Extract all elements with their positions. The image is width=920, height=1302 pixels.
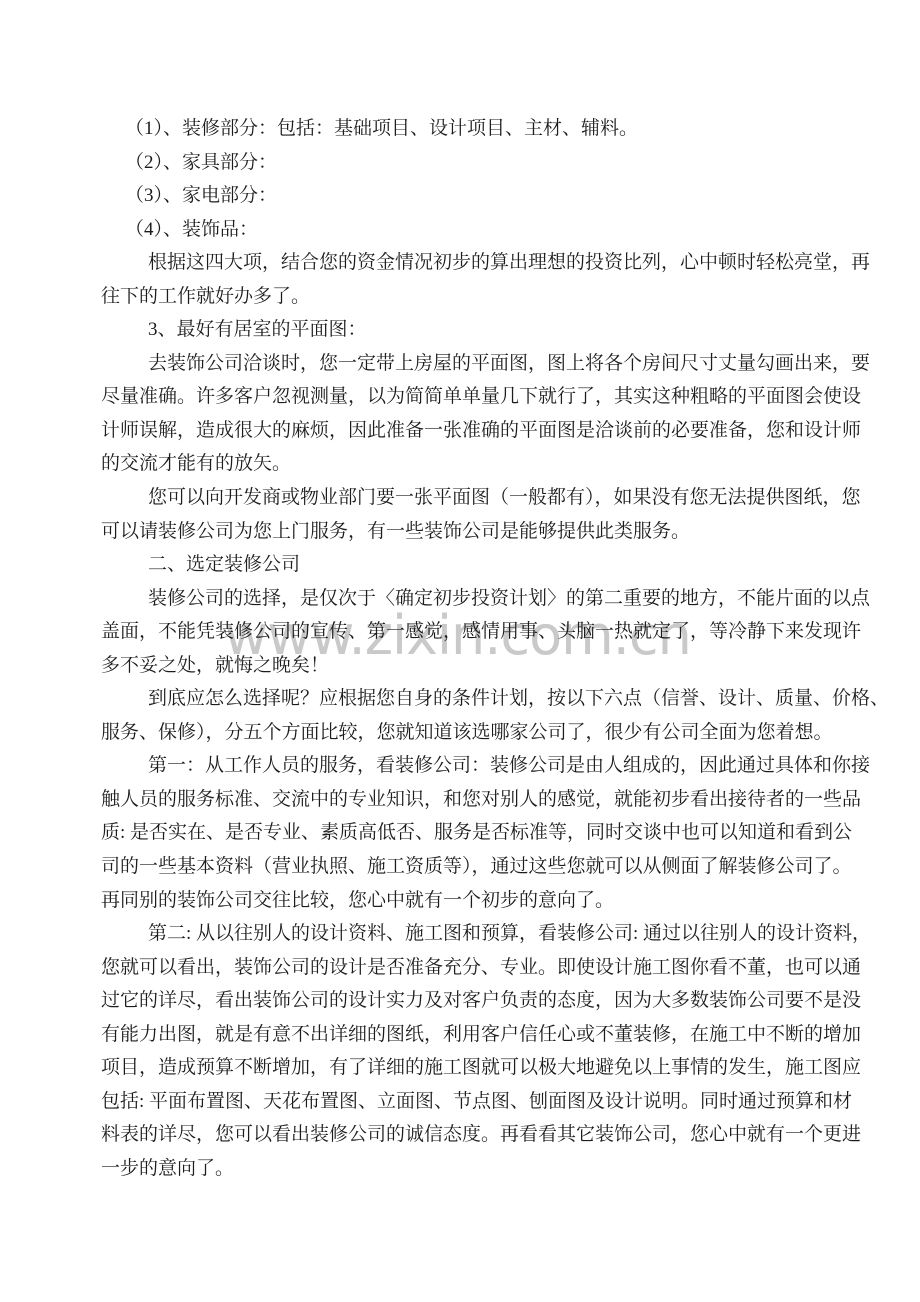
text-line: （1）、装修部分：包括：基础项目、设计项目、主材、辅料。 xyxy=(101,112,817,146)
text-line: 往下的工作就好办多了。 xyxy=(101,280,817,314)
paragraph: 二、选定装修公司 xyxy=(101,548,817,582)
text-line: 质: 是否实在、是否专业、素质高低否、服务是否标准等，同时交谈中也可以知道和看到… xyxy=(101,816,817,850)
text-line: 有能力出图，就是有意不出详细的图纸，利用客户信任心或不董装修，在施工中不断的增加 xyxy=(101,1018,817,1052)
text-line: 计师误解，造成很大的麻烦，因此准备一张准确的平面图是洽谈前的必要准备，您和设计师 xyxy=(101,414,817,448)
text-line: （3）、家电部分： xyxy=(101,179,817,213)
text-line: 再同别的装饰公司交往比较，您心中就有一个初步的意向了。 xyxy=(101,884,817,918)
text-line: 尽量准确。许多客户忽视测量，以为简简单单量几下就行了，其实这种粗略的平面图会使设 xyxy=(101,380,817,414)
text-line: 盖面，不能凭装修公司的宣传、第一感觉，感情用事、头脑一热就定了，等冷静下来发现许 xyxy=(101,615,817,649)
text-line: 根据这四大项，结合您的资金情况初步的算出理想的投资比列，心中顿时轻松亮堂，再 xyxy=(101,246,817,280)
paragraph: 去装饰公司洽谈时，您一定带上房屋的平面图，图上将各个房间尺寸丈量勾画出来，要尽量… xyxy=(101,347,817,481)
text-line: 项目，造成预算不断增加，有了详细的施工图就可以极大地避免以上事情的发生，施工图应 xyxy=(101,1051,817,1085)
text-line: 服务、保修），分五个方面比较，您就知道该选哪家公司了，很少有公司全面为您着想。 xyxy=(101,716,817,750)
text-line: 第二: 从以往别人的设计资料、施工图和预算，看装修公司: 通过以往别人的设计资料… xyxy=(101,917,817,951)
text-line: 3、最好有居室的平面图： xyxy=(101,313,817,347)
text-line: 装修公司的选择，是仅次于〈确定初步投资计划〉的第二重要的地方，不能片面的以点 xyxy=(101,582,817,616)
paragraph: 装修公司的选择，是仅次于〈确定初步投资计划〉的第二重要的地方，不能片面的以点盖面… xyxy=(101,582,817,683)
text-line: 触人员的服务标准、交流中的专业知识，和您对别人的感觉，就能初步看出接待者的一些品 xyxy=(101,783,817,817)
document-body: （1）、装修部分：包括：基础项目、设计项目、主材、辅料。（2）、家具部分：（3）… xyxy=(101,112,817,1186)
paragraph: （3）、家电部分： xyxy=(101,179,817,213)
paragraph: 根据这四大项，结合您的资金情况初步的算出理想的投资比列，心中顿时轻松亮堂，再往下… xyxy=(101,246,817,313)
text-line: 可以请装修公司为您上门服务，有一些装饰公司是能够提供此类服务。 xyxy=(101,515,817,549)
paragraph: （4）、装饰品： xyxy=(101,213,817,247)
paragraph: 3、最好有居室的平面图： xyxy=(101,313,817,347)
paragraph: （2）、家具部分： xyxy=(101,146,817,180)
text-line: 包括: 平面布置图、天花布置图、立面图、节点图、刨面图及设计说明。同时通过预算和… xyxy=(101,1085,817,1119)
text-line: （4）、装饰品： xyxy=(101,213,817,247)
text-line: 到底应怎么选择呢？应根据您自身的条件计划，按以下六点（信誉、设计、质量、价格、 xyxy=(101,682,817,716)
text-line: 一步的意向了。 xyxy=(101,1152,817,1186)
document-page: www.zixin.com.cn （1）、装修部分：包括：基础项目、设计项目、主… xyxy=(0,0,920,1302)
text-line: 第一：从工作人员的服务，看装修公司：装修公司是由人组成的，因此通过具体和你接 xyxy=(101,749,817,783)
paragraph: 您可以向开发商或物业部门要一张平面图（一般都有），如果没有您无法提供图纸，您可以… xyxy=(101,481,817,548)
paragraph: 第二: 从以往别人的设计资料、施工图和预算，看装修公司: 通过以往别人的设计资料… xyxy=(101,917,817,1185)
text-line: 过它的详尽，看出装饰公司的设计实力及对客户负责的态度，因为大多数装饰公司要不是没 xyxy=(101,984,817,1018)
text-line: 多不妥之处，就悔之晚矣！ xyxy=(101,649,817,683)
text-line: 二、选定装修公司 xyxy=(101,548,817,582)
text-line: 您可以向开发商或物业部门要一张平面图（一般都有），如果没有您无法提供图纸，您 xyxy=(101,481,817,515)
text-line: 的交流才能有的放矢。 xyxy=(101,447,817,481)
paragraph: 到底应怎么选择呢？应根据您自身的条件计划，按以下六点（信誉、设计、质量、价格、服… xyxy=(101,682,817,749)
text-line: 去装饰公司洽谈时，您一定带上房屋的平面图，图上将各个房间尺寸丈量勾画出来，要 xyxy=(101,347,817,381)
text-line: 司的一些基本资料（营业执照、施工资质等），通过这些您就可以从侧面了解装修公司了。 xyxy=(101,850,817,884)
paragraph: （1）、装修部分：包括：基础项目、设计项目、主材、辅料。 xyxy=(101,112,817,146)
paragraph: 第一：从工作人员的服务，看装修公司：装修公司是由人组成的，因此通过具体和你接触人… xyxy=(101,749,817,917)
text-line: 您就可以看出，装饰公司的设计是否准备充分、专业。即使设计施工图你看不董，也可以通 xyxy=(101,951,817,985)
text-line: 料表的详尽，您可以看出装修公司的诚信态度。再看看其它装饰公司，您心中就有一个更进 xyxy=(101,1118,817,1152)
text-line: （2）、家具部分： xyxy=(101,146,817,180)
